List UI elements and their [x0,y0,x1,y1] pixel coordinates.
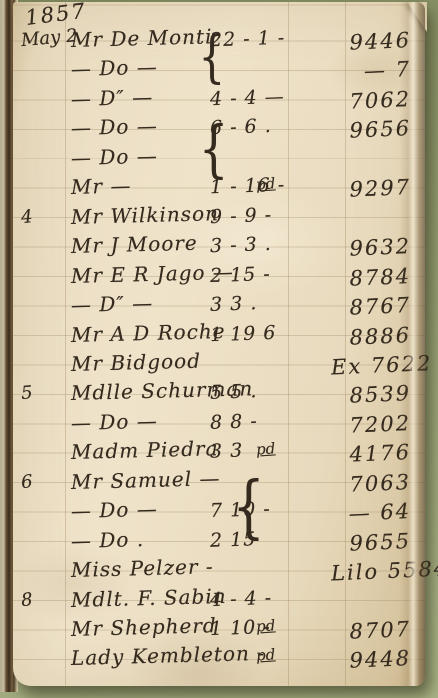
row-name: Madm Piedra [71,436,219,464]
ledger-row: Lady Kembleton -pd9448 [13,646,425,676]
row-name: — Do — [71,497,158,523]
ledger-row: — Do —6 - 6 .9656 [13,116,425,146]
row-name: — D″ — [71,85,154,111]
row-amount: 3 - 3 . [210,233,272,257]
ledger-row: — Do —8 8 -7202 [13,411,425,441]
ledger-row: — Do .2 159655 [13,529,425,559]
ledger-row: Mr E R Jago —2 15 -8784 [13,264,425,294]
row-name: Mr — [71,174,132,200]
ledger-row: — Do —7 10 -— 64 [13,499,425,529]
ledger-row: — D″ —4 - 4 —7062 [13,87,425,117]
row-amount: 8 8 - [210,410,258,434]
row-name: Mr Bidgood [71,349,202,376]
row-date: May 2 [20,26,70,51]
row-amount: 22 - 1 - [210,27,286,52]
row-note: pd [255,175,275,194]
row-name: Mr Wilkinson [71,201,220,229]
ledger-row: 6Mr Samuel —7063 [13,470,425,500]
row-name: Mdlt. F. Sabin [71,583,227,611]
row-amount: 3 3 . [210,292,258,316]
row-amount: 1 19 6 [210,321,277,345]
row-note: pd [255,616,275,635]
row-name: Mr Samuel — [71,466,221,494]
row-name: — Do . [71,527,145,553]
row-name: — Do — [71,114,158,140]
ledger-row: 4Mr Wilkinson9 - 9 - [13,205,425,235]
row-name: Mr Shepherd [71,613,217,641]
row-note: pd [255,440,275,459]
page-curl-edge [399,2,425,686]
row-date: 8 [20,585,70,610]
ledger-row: Mr A D Roche1 19 68886 [13,323,425,353]
row-name: Lady Kembleton - [71,641,266,670]
row-name: — Do — [71,144,158,170]
row-date: 5 [20,379,70,404]
ledger-scan: 1857 { { { May 2Mr De Monti22 - 1 -9446—… [0,0,438,698]
row-name: Mr De Monti [71,24,213,52]
ledger-rows: May 2Mr De Monti22 - 1 -9446— Do —— 7— D… [13,2,425,686]
row-name: — Do — [71,409,158,435]
row-amount: 3 3 [210,440,244,463]
ledger-row: 8Mdlt. F. Sabin4 - 4 - [13,588,425,618]
row-name: — D″ — [71,291,154,317]
row-name: — Do — [71,55,158,81]
ledger-row: Mr —1 - 16 -pd9297 [13,175,425,205]
row-name: Mr A D Roche [71,318,226,346]
row-amount: 5 5 . [210,381,258,405]
row-amount: 7 10 - [210,498,271,522]
ledger-page: 1857 { { { May 2Mr De Monti22 - 1 -9446—… [13,2,425,686]
ledger-row: 5Mdlle Schurman5 5 .8539 [13,381,425,411]
row-amount: 6 - 6 . [210,115,272,139]
row-note: pd [255,646,275,665]
row-name: Miss Pelzer - [71,554,214,582]
row-amount: 2 15 [210,528,257,552]
row-name: Mr J Moore [71,231,198,258]
row-amount: 2 15 - [210,263,271,287]
row-date: 6 [20,468,70,493]
row-amount: 9 - 9 - [210,204,273,228]
ledger-row: — Do — [13,146,425,176]
row-date: 4 [20,203,70,228]
row-amount: 4 - 4 - [210,586,273,610]
ledger-row: May 2Mr De Monti22 - 1 -9446 [13,28,425,58]
row-amount: 4 - 4 — [210,86,285,111]
ledger-row: — Do —— 7 [13,57,425,87]
